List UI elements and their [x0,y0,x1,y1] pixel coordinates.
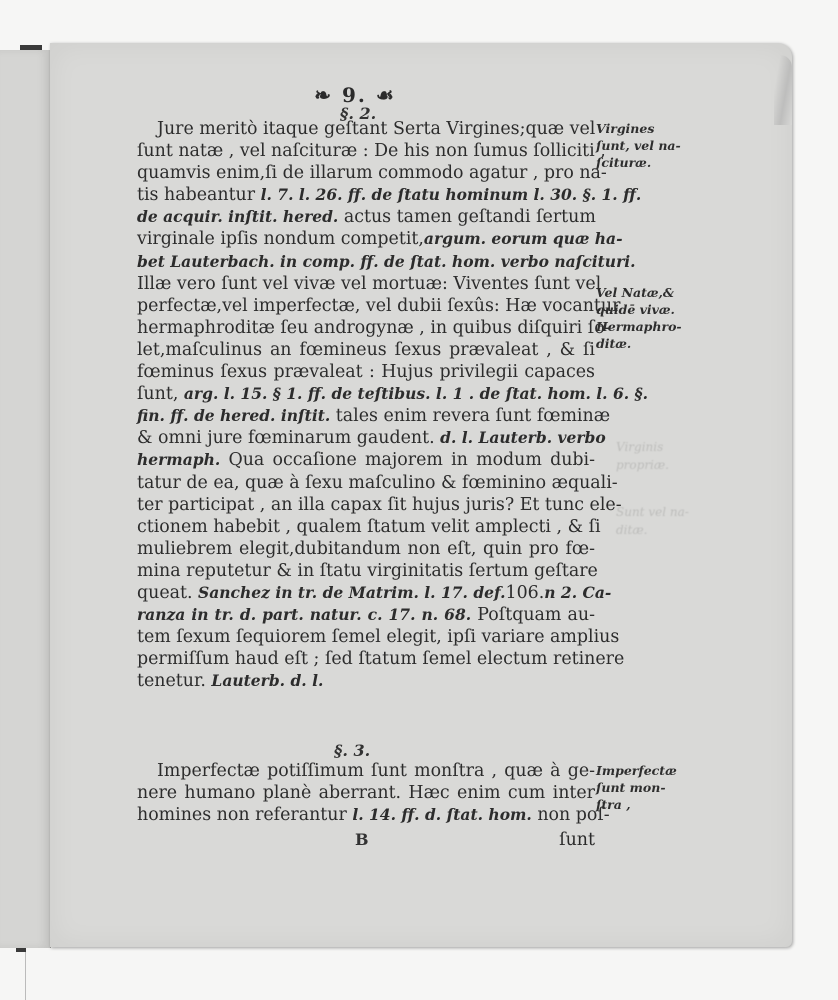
body-text-segment: let,maſculinus an fœmineus ſexus prævale… [137,340,595,360]
body-text-segment: hermaphroditæ ſeu androgynæ , in quibus … [137,318,611,338]
citation-text: l. 7. l. 26. ff. de ſtatu hominum l. 30.… [261,185,642,204]
text-line: perfectæ,vel imperfectæ, vel dubii ſexûs… [137,295,595,317]
citation-text: l. 14. ff. d. ſtat. hom. [352,805,532,824]
citation-text: fin. ff. de hered. inſtit. [137,406,330,425]
body-text-segment: permiſſum haud eſt ; ſed ſtatum ſemel el… [137,649,624,669]
margin-note-hermaphroditae: Vel Natæ,& quidē vivæ. Hermaphro- ditæ. [596,284,706,352]
body-text-segment: Imperfectæ potiſſimum ſunt monſtra , quæ… [157,761,595,781]
text-line: muliebrem elegit,dubitandum non eſt, qui… [137,538,595,560]
margin-note-line: ſunt mon- [596,779,706,796]
citation-text: ranza in tr. d. part. natur. c. 17. n. 6… [137,605,471,624]
text-line: ter participat , an illa capax ſit hujus… [137,494,595,516]
bleed-through-text: propriæ. [616,458,669,472]
text-line: ſunt, arg. l. 15. § 1. ff. de teſtibus. … [137,383,595,405]
body-text-segment: homines non referantur [137,805,352,825]
section-3-body: Imperfectæ potiſſimum ſunt monſtra , quæ… [137,760,595,826]
citation-text: argum. eorum quæ ha- [424,229,623,248]
body-text-segment: tatur de ea, quæ à ſexu maſculino & fœmi… [137,473,618,493]
body-text-segment: tem ſexum ſequiorem ſemel elegit, ipſi v… [137,627,619,647]
body-text-segment: virginale ipſis nondum competit, [137,229,424,249]
text-line: tenetur. Lauterb. d. l. [137,670,595,692]
body-text-segment: ſunt, [137,384,184,404]
text-line: tem ſexum ſequiorem ſemel elegit, ipſi v… [137,626,595,648]
text-line: Illæ vero ſunt vel vivæ vel mortuæ: Vive… [137,273,595,295]
citation-text: Lauterb. d. l. [211,671,323,690]
body-text-segment: ter participat , an illa capax ſit hujus… [137,495,622,515]
body-text-segment: fœminus ſexus prævaleat : Hujus privileg… [137,362,595,382]
text-line: fin. ff. de hered. inſtit. tales enim re… [137,405,595,427]
citation-text: de acquir. inſtit. hered. [137,207,338,226]
text-line: ſunt natæ , vel naſcituræ : De his non ſ… [137,140,595,162]
margin-note-imperfectae: Imperfectæ ſunt mon- ſtra , [596,762,706,813]
body-text-segment: Jure meritò itaque geſtant Serta Virgine… [157,119,595,139]
text-line: permiſſum haud eſt ; ſed ſtatum ſemel el… [137,648,595,670]
citation-text: hermaph. [137,450,220,469]
margin-note-line: ſunt, vel na- [596,137,706,154]
margin-note-line: Virgines [596,120,706,137]
body-text-segment: tenetur. [137,671,211,691]
body-text-segment: nere humano planè aberrant. Hæc enim cum… [137,783,595,803]
text-line: tatur de ea, quæ à ſexu maſculino & fœmi… [137,472,595,494]
body-text-segment: Qua occaſione majorem in modum dubi- [220,450,595,470]
text-line: fœminus ſexus prævaleat : Hujus privileg… [137,361,595,383]
margin-note-line: ſtra , [596,796,706,813]
margin-note-line: ſcituræ. [596,154,706,171]
margin-note-line: ditæ. [596,335,706,352]
bleed-through-text: Virginis [616,440,663,454]
divider [25,952,26,1000]
catchword: ſunt [559,830,595,850]
body-text-segment: perfectæ,vel imperfectæ, vel dubii ſexûs… [137,296,620,316]
body-text-segment: muliebrem elegit,dubitandum non eſt, qui… [137,539,595,559]
text-line: virginale ipſis nondum competit,argum. e… [137,228,595,250]
body-text-segment: & omni jure fœminarum gaudent. [137,428,440,448]
text-line: de acquir. inſtit. hered. actus tamen ge… [137,206,595,228]
body-text-segment: actus tamen geſtandi ſertum [338,207,596,227]
text-line: & omni jure fœminarum gaudent. d. l. Lau… [137,427,595,449]
page-tab-mark [20,45,42,50]
body-text-segment: Illæ vero ſunt vel vivæ vel mortuæ: Vive… [137,274,601,294]
text-line: homines non referantur l. 14. ff. d. ſta… [137,804,595,826]
previous-page-edge [0,50,51,948]
margin-note-line: Imperfectæ [596,762,706,779]
text-line: Jure meritò itaque geſtant Serta Virgine… [137,118,595,140]
text-line: let,maſculinus an fœmineus ſexus prævale… [137,339,595,361]
body-text-segment: queat. [137,583,198,603]
margin-note-line: quidē vivæ. [596,301,706,318]
text-line: mina reputetur & in ſtatu virginitatis ſ… [137,560,595,582]
body-text-segment: mina reputetur & in ſtatu virginitatis ſ… [137,561,598,581]
margin-note-line: Vel Natæ,& [596,284,706,301]
body-text-segment: ctionem habebit , qualem ſtatum velit am… [137,517,601,537]
body-text-segment: tis habeantur [137,185,261,205]
signature-mark: B [355,830,369,849]
citation-text: arg. l. 15. § 1. ff. de teſtibus. l. 1 .… [184,384,648,403]
text-line: hermaph. Qua occaſione majorem in modum … [137,449,595,471]
citation-text: d. l. Lauterb. verbo [440,428,606,447]
body-text-segment: Poſtquam au- [471,605,595,625]
margin-note-virgines: Virgines ſunt, vel na- ſcituræ. [596,120,706,171]
margin-note-line: Hermaphro- [596,318,706,335]
citation-text: bet Lauterbach. in comp. ff. de ſtat. ho… [137,252,636,271]
body-text-segment: ſunt natæ , vel naſcituræ : De his non ſ… [137,141,606,161]
text-line: ctionem habebit , qualem ſtatum velit am… [137,516,595,538]
body-text-segment: quamvis enim,ſi de illarum commodo agatu… [137,163,607,183]
bleed-through-text: Sunt vel na- [616,505,689,519]
text-line: bet Lauterbach. in comp. ff. de ſtat. ho… [137,251,595,273]
text-line: quamvis enim,ſi de illarum commodo agatu… [137,162,595,184]
citation-text: n 2. Ca- [544,583,611,602]
text-line: ranza in tr. d. part. natur. c. 17. n. 6… [137,604,595,626]
text-line: tis habeantur l. 7. l. 26. ff. de ſtatu … [137,184,595,206]
section-2-body: Jure meritò itaque geſtant Serta Virgine… [137,118,595,692]
text-line: queat. Sanchez in tr. de Matrim. l. 17. … [137,582,595,604]
section-mark-3: §. 3. [334,741,370,760]
citation-text: Sanchez in tr. de Matrim. l. 17. def. [198,583,505,602]
bleed-through-text: ditæ. [616,523,647,537]
text-line: hermaphroditæ ſeu androgynæ , in quibus … [137,317,595,339]
text-line: nere humano planè aberrant. Hæc enim cum… [137,782,595,804]
body-text-segment: 106. [506,583,545,603]
text-line: Imperfectæ potiſſimum ſunt monſtra , quæ… [137,760,595,782]
body-text-segment: tales enim revera ſunt fœminæ [330,406,610,426]
